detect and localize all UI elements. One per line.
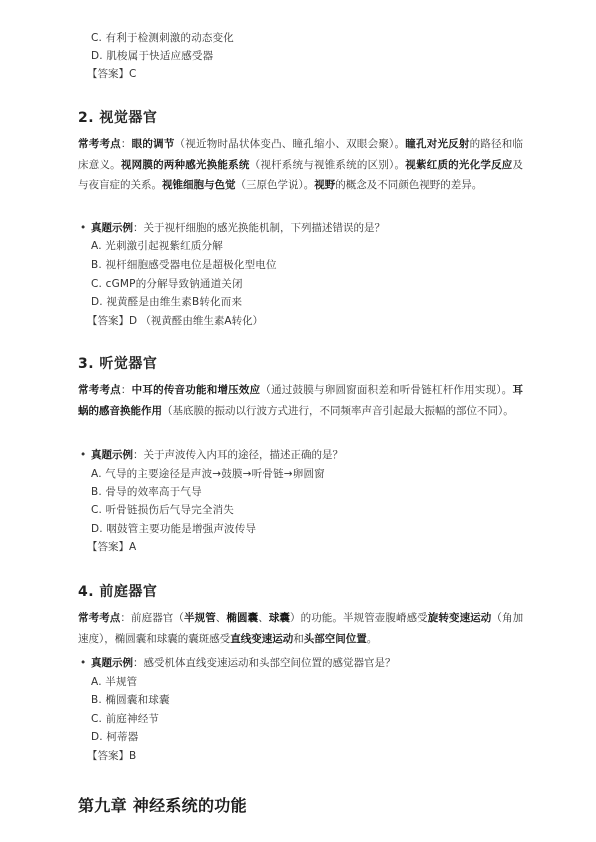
text-span: 、 <box>258 612 269 624</box>
answer: 【答案】C <box>87 67 136 81</box>
chapter-title: 第九章 神经系统的功能 <box>78 793 247 816</box>
key-points-label: 常考考点 <box>78 612 120 624</box>
example-question-vision: •真题示例：关于视杆细胞的感光换能机制，下列描述错误的是？ <box>80 221 385 235</box>
text-span: （基底膜的振动以行波方式进行，不同频率声音引起最大振幅的部位不同）。 <box>162 405 514 417</box>
option-a: A. 光刺激引起视紫红质分解 <box>91 239 223 253</box>
option-c: C. 前庭神经节 <box>91 712 159 726</box>
key-points-vision: 常考考点：眼的调节（视近物时晶状体变凸、瞳孔缩小、双眼会聚）。瞳孔对光反射的路径… <box>78 134 523 196</box>
section-title-vision: 2. 视觉器官 <box>78 107 157 127</box>
example-question-hearing: •真题示例：关于声波传入内耳的途径，描述正确的是？ <box>80 448 343 462</box>
example-question-vestibular: •真题示例：感受机体直线变速运动和头部空间位置的感觉器官是？ <box>80 656 396 670</box>
option-d: D. 柯蒂器 <box>91 730 138 744</box>
example-label: 真题示例 <box>91 657 133 669</box>
key-term: 瞳孔对光反射 <box>405 138 469 150</box>
option-c: C. cGMP的分解导致钠通道关闭 <box>91 277 243 291</box>
text-span: 。 <box>367 633 378 645</box>
key-term: 半规管 <box>184 612 216 624</box>
answer: 【答案】B <box>87 749 136 763</box>
bullet-icon: • <box>80 221 91 235</box>
bullet-icon: • <box>80 656 91 670</box>
key-points-vestibular: 常考考点：前庭器官（半规管、椭圆囊、球囊）的功能。半规管壶腹嵴感受旋转变速运动（… <box>78 608 523 649</box>
text-span: （三原色学说）。 <box>236 179 315 191</box>
key-term: 中耳的传音功能和增压效应 <box>132 384 261 396</box>
answer: 【答案】D （视黄醛由维生素A转化） <box>87 314 263 328</box>
key-term: 视紫红质的光化学反应 <box>405 159 512 171</box>
example-question-text: ：感受机体直线变速运动和头部空间位置的感觉器官是？ <box>133 657 396 669</box>
key-term: 视锥细胞与色觉 <box>162 179 236 191</box>
text-span: 的概念及不同颜色视野的差异。 <box>335 179 482 191</box>
text-span: （视近物时晶状体变凸、瞳孔缩小、双眼会聚）。 <box>175 138 406 150</box>
option-b: B. 骨导的效率高于气导 <box>91 485 202 499</box>
document-page: C. 有利于检测刺激的动态变化 D. 肌梭属于快适应感受器 【答案】C 2. 视… <box>0 0 596 842</box>
example-label: 真题示例 <box>91 222 133 234</box>
option-d: D. 视黄醛是由维生素B转化而来 <box>91 295 242 309</box>
key-term: 椭圆囊 <box>226 612 258 624</box>
option-a: A. 半规管 <box>91 675 137 689</box>
example-label: 真题示例 <box>91 449 133 461</box>
key-term: 直线变速运动 <box>230 633 293 645</box>
section-title-hearing: 3. 听觉器官 <box>78 353 157 373</box>
text-span: （视杆系统与视锥系统的区别）。 <box>250 159 406 171</box>
key-points-label: 常考考点 <box>78 138 121 150</box>
bullet-icon: • <box>80 448 91 462</box>
key-term: 视野 <box>314 179 335 191</box>
example-question-text: ：关于视杆细胞的感光换能机制，下列描述错误的是？ <box>133 222 385 234</box>
option-c: C. 有利于检测刺激的动态变化 <box>91 31 234 45</box>
key-points-label: 常考考点 <box>78 384 121 396</box>
text-span: ）的功能。半规管壶腹嵴感受 <box>290 612 428 624</box>
text-span: 、 <box>216 612 227 624</box>
key-term: 视网膜的两种感光换能系统 <box>121 159 250 171</box>
key-points-hearing: 常考考点：中耳的传音功能和增压效应（通过鼓膜与卵圆窗面积差和听骨链杠杆作用实现）… <box>78 380 523 421</box>
option-b: B. 视杆细胞感受器电位是超极化型电位 <box>91 258 277 272</box>
text-span: 和 <box>293 633 304 645</box>
answer: 【答案】A <box>87 540 136 554</box>
section-title-vestibular: 4. 前庭器官 <box>78 581 157 601</box>
option-d: D. 肌梭属于快适应感受器 <box>91 49 213 63</box>
key-term: 旋转变速运动 <box>428 612 492 624</box>
option-d: D. 咽鼓管主要功能是增强声波传导 <box>91 522 256 536</box>
option-b: B. 椭圆囊和球囊 <box>91 693 170 707</box>
example-question-text: ：关于声波传入内耳的途径，描述正确的是？ <box>133 449 343 461</box>
key-term: 头部空间位置 <box>304 633 367 645</box>
text-span: 前庭器官（ <box>131 612 184 624</box>
key-term: 眼的调节 <box>132 138 175 150</box>
option-c: C. 听骨链损伤后气导完全消失 <box>91 503 234 517</box>
key-term: 球囊 <box>269 612 290 624</box>
text-span: （通过鼓膜与卵圆窗面积差和听骨链杠杆作用实现）。 <box>260 384 512 396</box>
option-a: A. 气导的主要途径是声波→鼓膜→听骨链→卵圆窗 <box>91 467 325 481</box>
